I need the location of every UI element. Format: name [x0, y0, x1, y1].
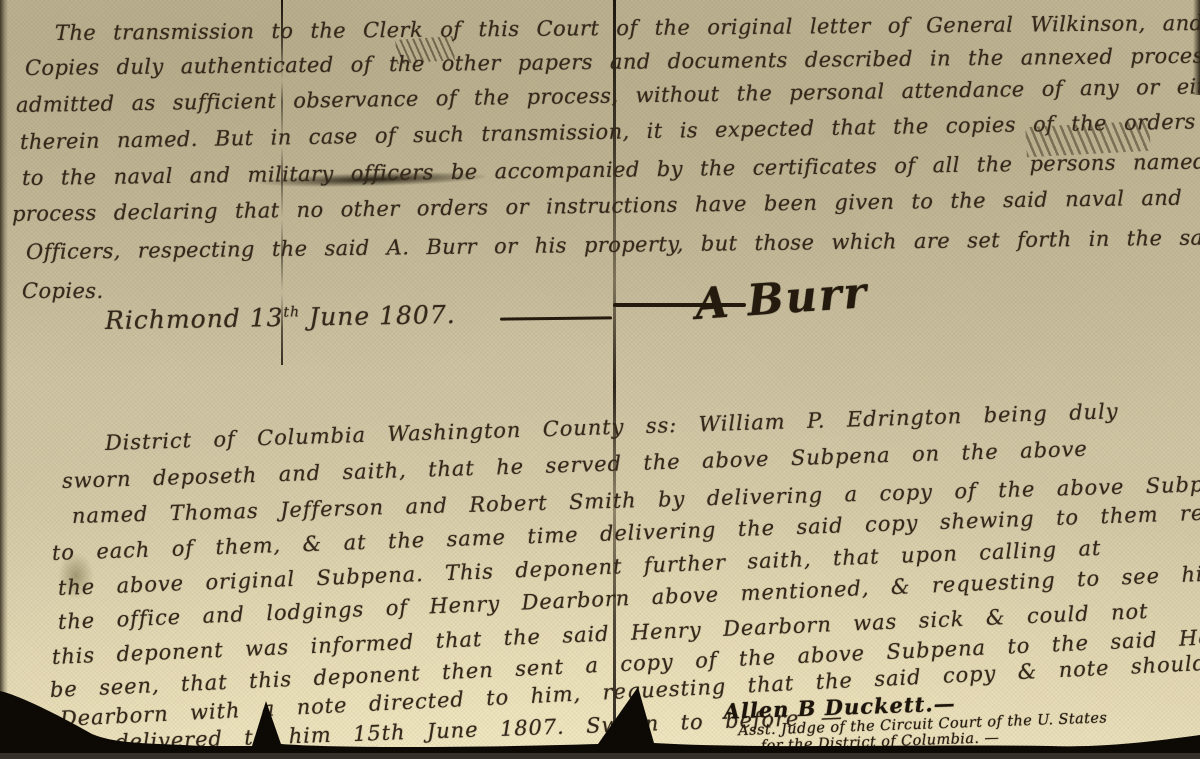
handwritten-line: process declaring that no other orders o… [12, 185, 1200, 226]
manuscript-page: The transmission to the Clerk of this Co… [0, 0, 1200, 759]
handwritten-line: to the naval and military officers be ac… [22, 149, 1200, 190]
dateline-ordinal: th [283, 304, 300, 320]
dateline: Richmond 13th June 1807. [105, 300, 456, 335]
dateline-text: Richmond 13 [105, 303, 284, 335]
torn-bottom-edge [0, 679, 1200, 759]
burr-signature: A Burr [693, 268, 869, 330]
handwritten-line: admitted as sufficient observance of the… [16, 72, 1200, 117]
left-page-edge [0, 0, 8, 759]
dateline-text: June 1807. [300, 300, 456, 332]
handwritten-line: Copies. [22, 280, 104, 303]
pen-dash [500, 316, 612, 320]
handwritten-line: The transmission to the Clerk of this Co… [55, 12, 1200, 45]
